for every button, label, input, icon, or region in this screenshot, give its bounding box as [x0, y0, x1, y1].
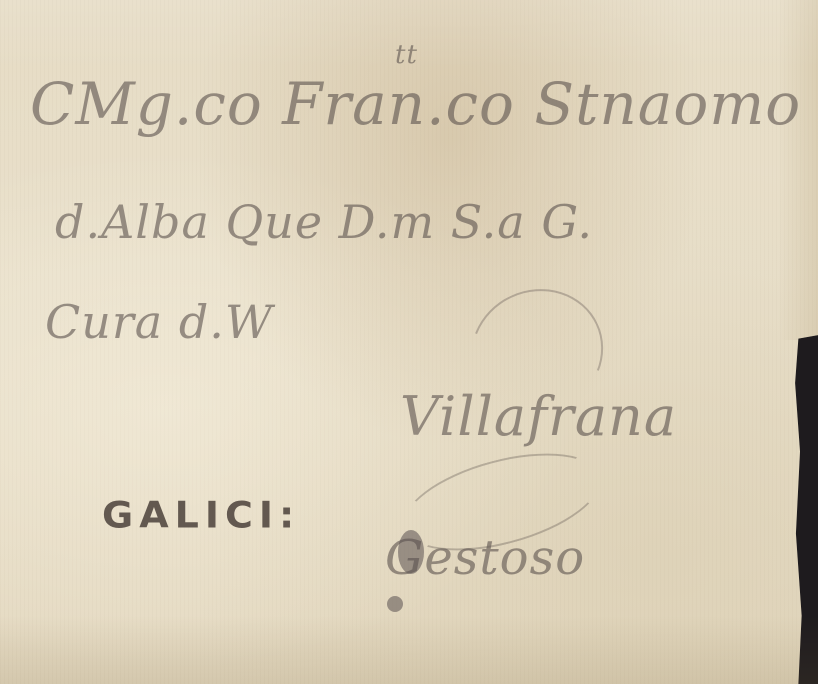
ink-blot — [387, 596, 403, 612]
address-line-2: d.Alba Que D.m S.a G. — [55, 195, 593, 249]
superscript-mark: tt — [395, 40, 418, 70]
ink-blot — [398, 530, 424, 574]
address-line-3: Cura d.W — [45, 295, 273, 349]
destination-town: Villafrana — [400, 385, 677, 448]
address-line-1: CMg.co Fran.co Stnaomo — [30, 70, 801, 138]
postal-handstamp: GALICI: — [102, 494, 300, 536]
paper-edge-shade — [778, 0, 818, 340]
